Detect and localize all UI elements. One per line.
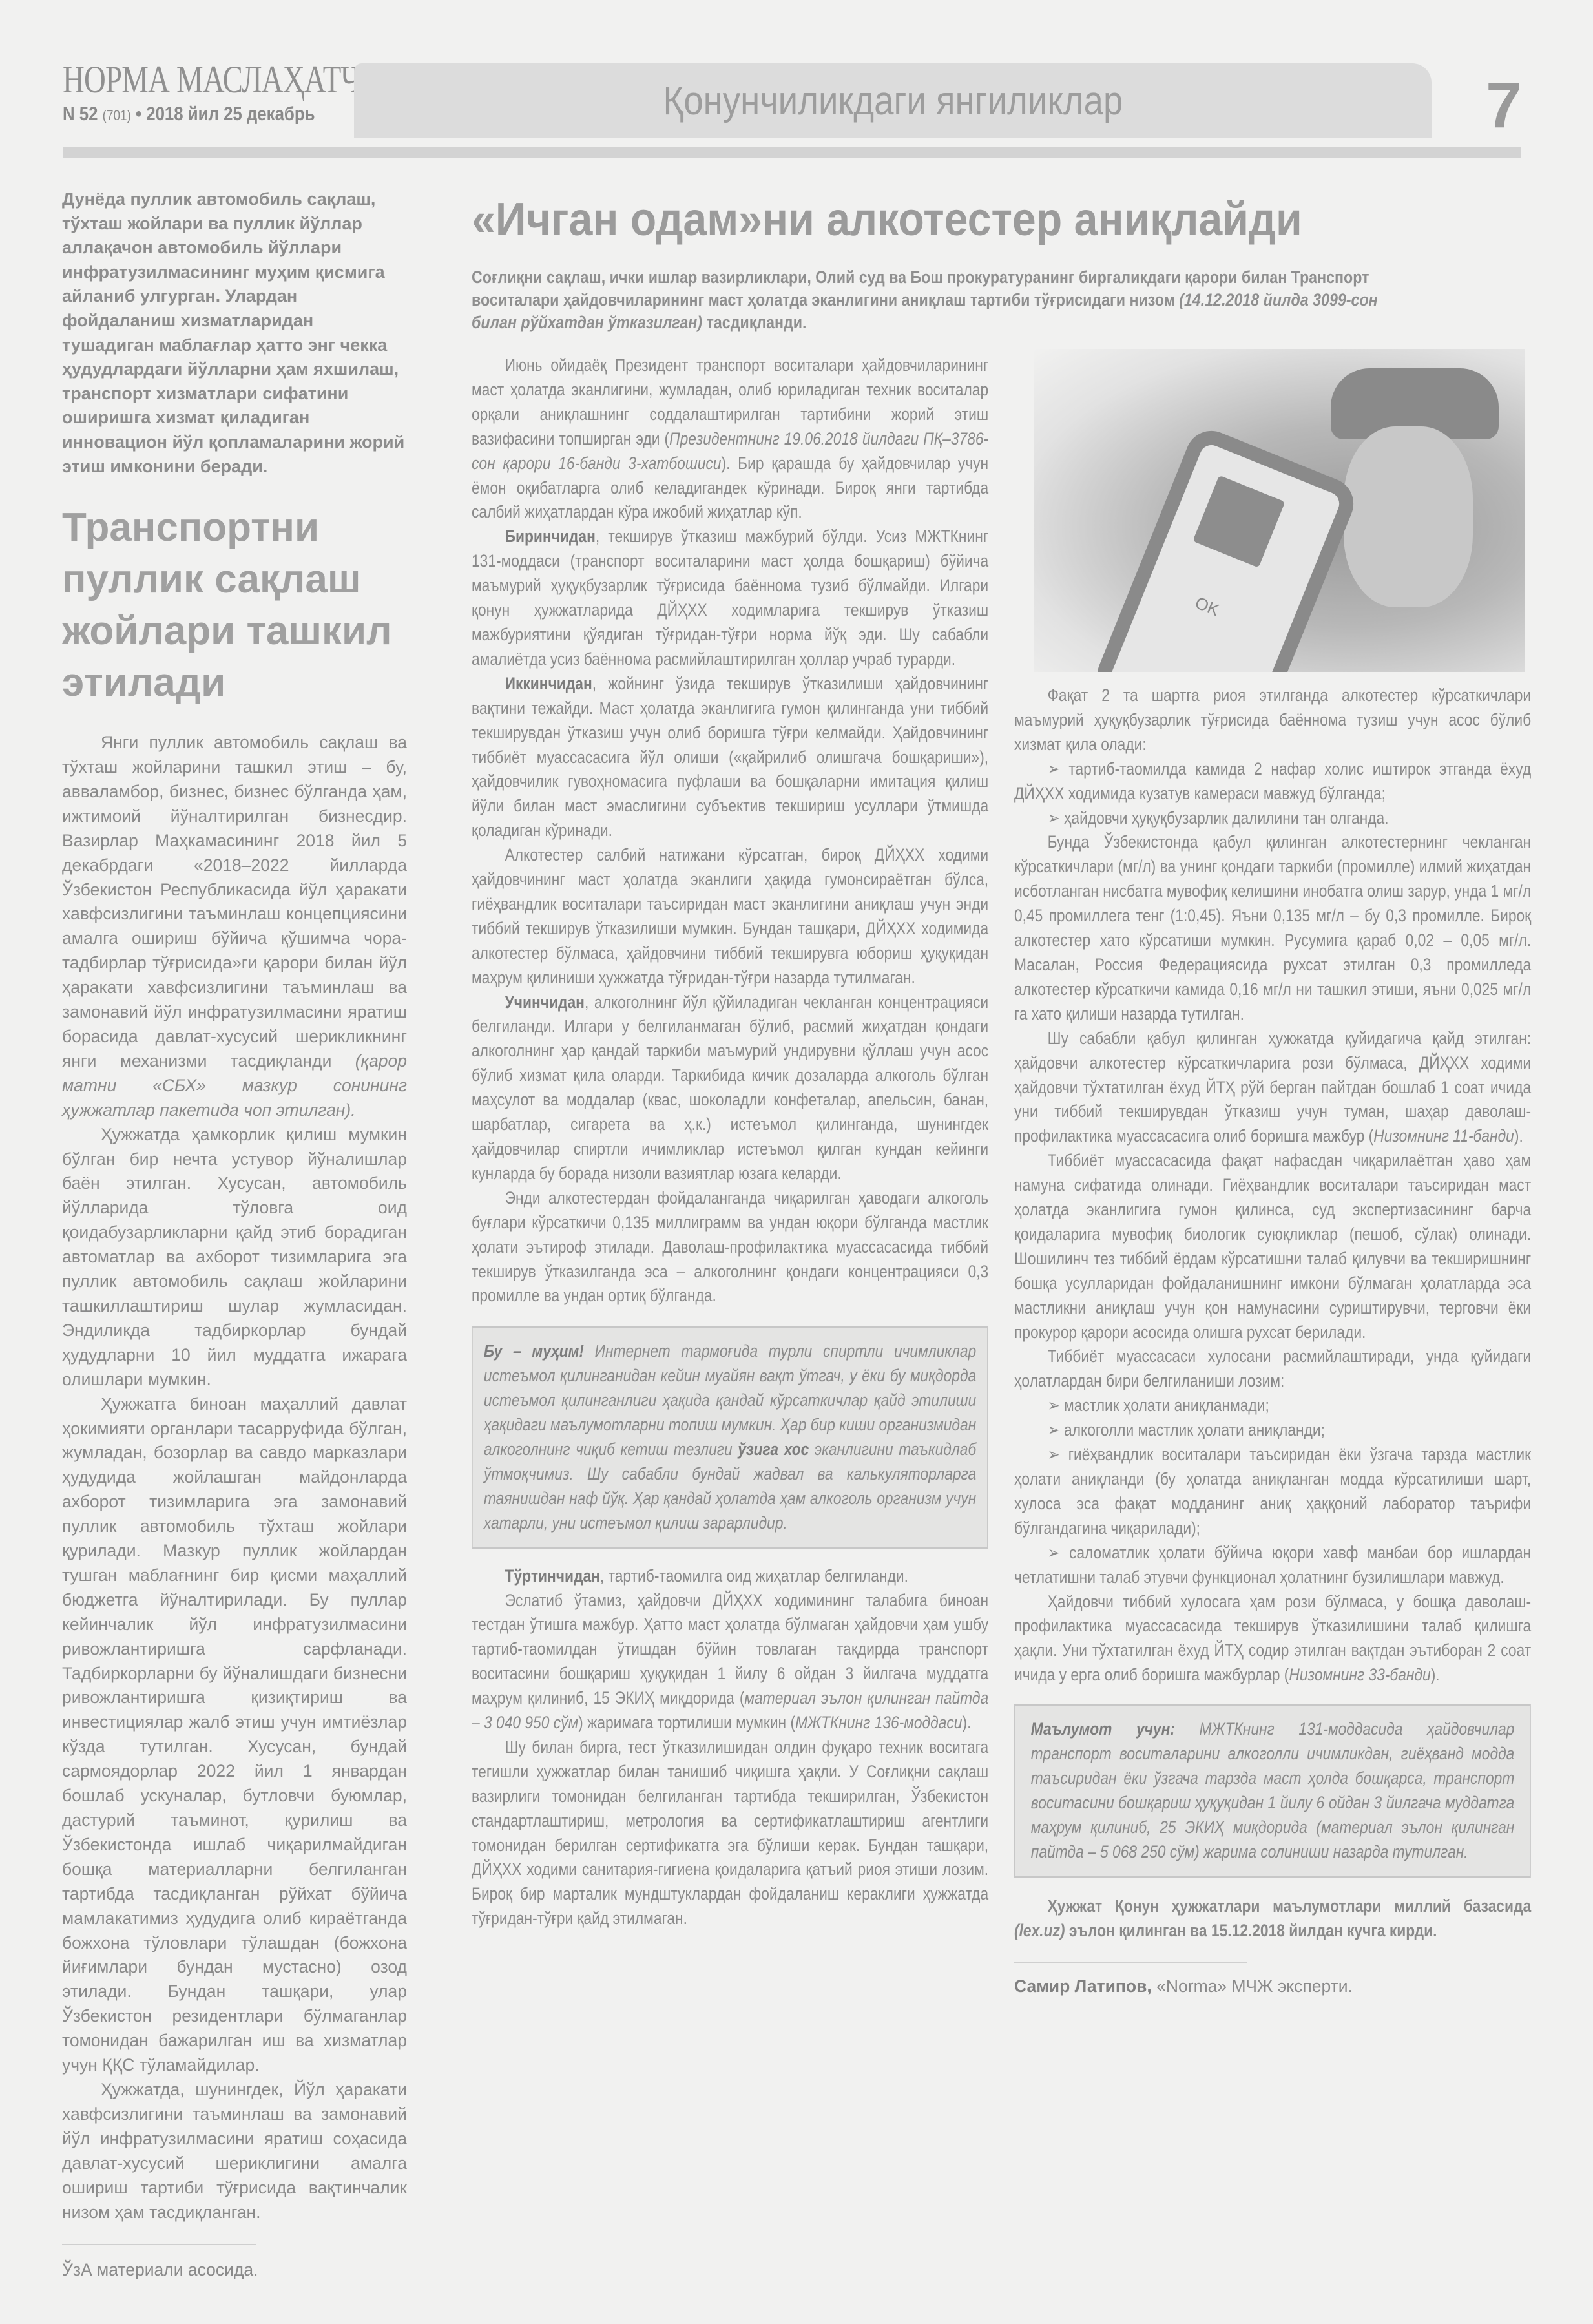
left-lead: Дунёда пуллик автомобиль сақлаш, тўхташ …: [62, 187, 407, 479]
page-number: 7: [1486, 68, 1522, 143]
main-article: «Ичган одам»ни алкотестер аниқлайди Соғл…: [472, 194, 988, 1931]
main-body: Июнь ойидаёқ Президент транспорт воситал…: [472, 353, 988, 1931]
officer-face: [1344, 426, 1473, 607]
issue-date: • 2018 йил 25 декабрь: [136, 103, 315, 125]
left-source: ЎзА материали асосида.: [62, 2258, 407, 2283]
paragraph: Эслатиб ўтамиз, ҳайдовчи ДЙҲХХ ходиминин…: [472, 1589, 988, 1735]
main-headline: «Ичган одам»ни алкотестер аниқлайди: [472, 194, 947, 246]
paragraph: Июнь ойидаёқ Президент транспорт воситал…: [472, 353, 988, 525]
bullet-item: ➢ саломатлик ҳолати бўйича юқори хавф ма…: [1014, 1541, 1531, 1590]
right-body: Фақат 2 та шартга риоя этилганда алкотес…: [1014, 684, 1531, 1943]
paragraph: Тиббиёт муассасасида фақат нафасдан чиқа…: [1014, 1149, 1531, 1345]
info-box: Маълумот учун: МЖТКнинг 131-моддасида ҳа…: [1014, 1704, 1531, 1877]
paragraph: Ҳужжатда ҳамкорлик қилиш мумкин бўлган б…: [62, 1123, 407, 1392]
author-name: Самир Латипов,: [1014, 1976, 1152, 1996]
header-divider: [63, 147, 1521, 158]
paragraph: Алкотестер салбий натижани кўрсатган, би…: [472, 843, 988, 990]
source-divider: [62, 2244, 256, 2245]
important-box: Бу – муҳим! Интернет тармоғида турли спи…: [472, 1326, 988, 1548]
bullet-item: ➢ гиёҳвандлик воситалари таъсиридан ёки …: [1014, 1443, 1531, 1541]
paragraph: Иккинчидан, жойнинг ўзида текширув ўтказ…: [472, 672, 988, 843]
paragraph: Учинчидан, алкоголнинг йўл қўйиладиган ч…: [472, 990, 988, 1186]
paragraph: Ҳайдовчи тиббий хулосага ҳам рози бўлмас…: [1014, 1590, 1531, 1688]
lex-uz-link[interactable]: (lex.uz): [1014, 1921, 1065, 1940]
closing-note: Ҳужжат Қонун ҳужжатлари маълумотлари мил…: [1014, 1894, 1531, 1943]
paragraph: Тўртинчидан, тартиб-таомилга оид жиҳатла…: [472, 1564, 988, 1589]
main-subhead: Соғлиқни сақлаш, ички ишлар вазирликлари…: [472, 266, 1416, 334]
left-headline: Транспортни пуллик сақлаш жойлари ташкил…: [62, 502, 407, 709]
paragraph: Ҳужжатда, шунингдек, Йўл ҳаракати хавфси…: [62, 2078, 407, 2225]
device-screen: [1192, 476, 1285, 568]
section-title: Қонунчиликдаги янгиликлар: [663, 78, 1123, 124]
bullet-item: ➢ ҳайдовчи ҳуқуқбузарлик далилини тан ол…: [1014, 806, 1531, 831]
device-ok-button: OK: [1192, 592, 1222, 620]
byline-divider: [1014, 1962, 1247, 1963]
paragraph: Энди алкотестердан фойдаланганда чиқарил…: [472, 1186, 988, 1309]
issue-number: N 52: [63, 103, 98, 125]
paragraph: Бунда Ўзбекистонда қабул қилинган алкоте…: [1014, 830, 1531, 1026]
right-column: Фақат 2 та шартга риоя этилганда алкотес…: [1014, 684, 1531, 1996]
paragraph: Шу билан бирга, тест ўтказилишидан олдин…: [472, 1735, 988, 1931]
paragraph: Тиббиёт муассасаси хулосани расмийлаштир…: [1014, 1345, 1531, 1394]
bullet-item: ➢ тартиб-таомилда камида 2 нафар холис и…: [1014, 757, 1531, 806]
bullet-item: ➢ алкоголли мастлик ҳолати аниқланди;: [1014, 1418, 1531, 1443]
byline: Самир Латипов, «Norma» МЧЖ эксперти.: [1014, 1976, 1531, 1996]
issue-total: (701): [103, 107, 131, 123]
section-banner: Қонунчиликдаги янгиликлар: [354, 63, 1432, 138]
paragraph: Биринчидан, текширув ўтказиш мажбурий бў…: [472, 525, 988, 671]
breathalyzer-photo: OK: [1034, 349, 1525, 672]
left-body: Янги пуллик автомобиль сақлаш ва тўхташ …: [62, 731, 407, 2225]
bullet-item: ➢ мастлик ҳолати аниқланмади;: [1014, 1394, 1531, 1418]
newspaper-title: НОРМА МАСЛАҲАТЧИ: [63, 59, 381, 99]
paragraph: Ҳужжатга биноан маҳаллий давлат ҳокимият…: [62, 1392, 407, 2078]
breathalyzer-device: OK: [1090, 423, 1361, 672]
paragraph: Шу сабабли қабул қилинган ҳужжатда қуйид…: [1014, 1027, 1531, 1149]
left-article: Дунёда пуллик автомобиль сақлаш, тўхташ …: [62, 187, 407, 2283]
paragraph: Янги пуллик автомобиль сақлаш ва тўхташ …: [62, 731, 407, 1123]
author-role: «Norma» МЧЖ эксперти.: [1152, 1976, 1353, 1996]
paragraph: Фақат 2 та шартга риоя этилганда алкотес…: [1014, 684, 1531, 757]
